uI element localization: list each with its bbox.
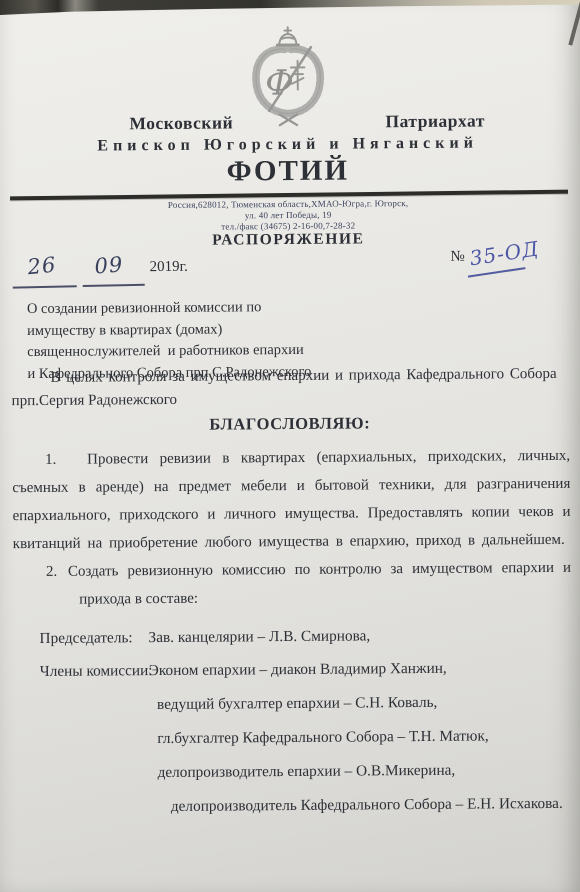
members-label: Члены комиссии: bbox=[40, 662, 153, 681]
bishop-name: ФОТИЙ bbox=[0, 153, 578, 191]
subject-line-2: имуществу в квартирах (домах) bbox=[27, 320, 222, 343]
patriarchate-word-right: Патриархат bbox=[385, 110, 485, 132]
member-3: гл.бухгалтер Кафедрального Собора – Т.Н.… bbox=[157, 727, 489, 748]
intro-line-1: В целях контроля за имуществом епархии и… bbox=[50, 366, 570, 387]
number-sign: № bbox=[450, 249, 464, 266]
intro-line-2: прп.Сергия Радонежского bbox=[12, 392, 177, 410]
patriarchate-word-left: Московский bbox=[129, 112, 233, 134]
item1-line-2: съемных в аренде) на предмет мебели и бы… bbox=[12, 476, 570, 497]
chair-label: Председатель: bbox=[39, 629, 132, 648]
member-4: делопроизводитель епархии – О.В.Микерина… bbox=[157, 762, 455, 782]
item1-line-3: епархиального, приходского и личного иму… bbox=[12, 504, 570, 525]
item2-line-1: 2.Создать ревизионную комиссию по контро… bbox=[46, 560, 571, 581]
subject-line-3: священнослужителей и работников епархии bbox=[27, 340, 304, 364]
document-content: Ф Московский Патриархат Епископ Югорский… bbox=[0, 0, 580, 892]
item2-line-1-text: Создать ревизионную комиссию по контролю… bbox=[68, 560, 571, 580]
member-1: Эконом епархии – диакон Владимир Ханжин, bbox=[149, 660, 447, 680]
bishop-monogram: Ф bbox=[265, 63, 294, 103]
handwritten-day: 26 bbox=[27, 253, 58, 280]
blessing-heading: БЛАГОСЛОВЛЯЮ: bbox=[0, 412, 580, 437]
member-5: делопроизводитель Кафедрального Собора –… bbox=[171, 795, 563, 816]
day-underline bbox=[13, 285, 77, 288]
item1-line-1: 1.Провести ревизии в квартирах (епархиал… bbox=[12, 448, 570, 469]
month-underline bbox=[83, 284, 145, 287]
subject-line-1: О создании ревизионной комиссии по bbox=[27, 297, 262, 320]
printed-year: 2019г. bbox=[150, 259, 188, 276]
item1-line-1-text: Провести ревизии в квартирах (епархиальн… bbox=[87, 448, 570, 468]
member-2: ведущий бухгалтер епархии – С.Н. Коваль, bbox=[157, 694, 437, 714]
item2-line-2: прихода в составе: bbox=[79, 591, 198, 609]
item2-marker: 2. bbox=[46, 564, 68, 581]
item1-marker: 1. bbox=[45, 452, 87, 469]
episcopal-crest-icon: Ф bbox=[240, 26, 337, 135]
chair-value: Зав. канцелярии – Л.В. Смирнова, bbox=[148, 627, 370, 647]
item1-line-4: квитанций на приобретение любого имущест… bbox=[13, 532, 565, 553]
photo-of-document: Ф Московский Патриархат Епископ Югорский… bbox=[0, 0, 580, 892]
handwritten-month: 09 bbox=[94, 252, 125, 278]
